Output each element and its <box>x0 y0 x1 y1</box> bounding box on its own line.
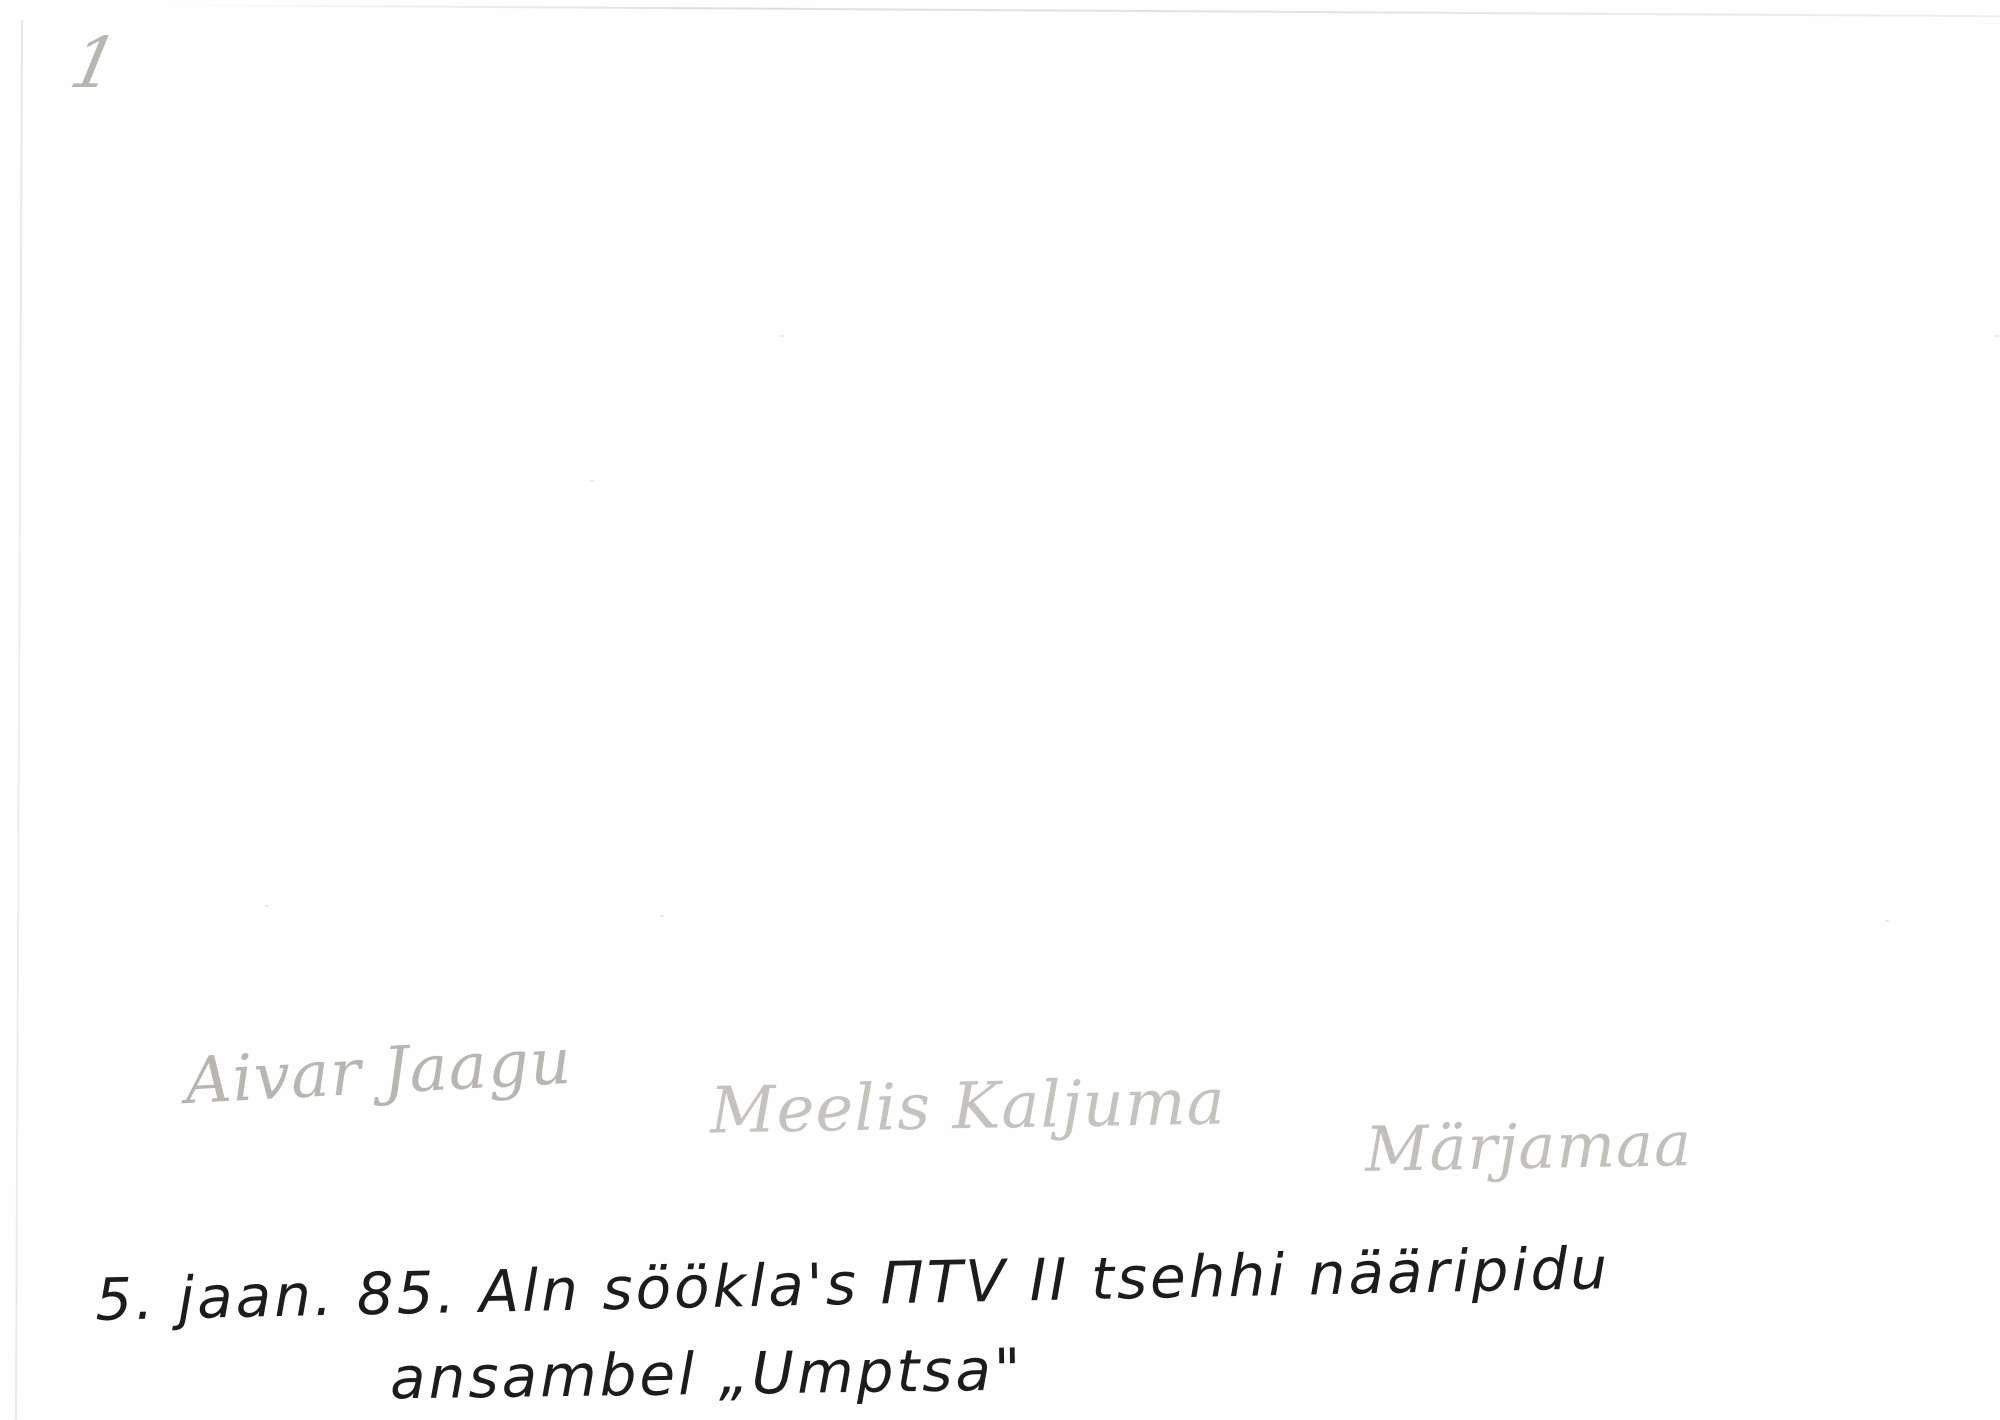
paper-left-edge <box>15 20 23 1420</box>
paper-speck <box>265 905 269 907</box>
paper-speck <box>1995 335 1999 337</box>
pencil-name-aivar-jaagu: Aivar Jaagu <box>183 1025 573 1119</box>
pencil-name-meelis-kaljuma: Meelis Kaljuma <box>709 1066 1226 1149</box>
ink-caption-line-2: ansambel „Umptsa" <box>390 1336 1024 1413</box>
paper-speck <box>1885 920 1889 922</box>
paper-speck <box>780 335 784 337</box>
pencil-place-marjamaa: Märjamaa <box>1364 1107 1692 1186</box>
photo-back-paper: 1 Aivar Jaagu Meelis Kaljuma Märjamaa 5.… <box>0 0 2000 1420</box>
paper-speck <box>660 915 664 917</box>
page-number-mark: 1 <box>63 22 126 104</box>
paper-top-edge <box>160 4 2000 17</box>
ink-caption-line-1: 5. jaan. 85. Aln söökla's ПТV II tsehhi … <box>94 1234 1610 1334</box>
paper-speck <box>590 480 594 482</box>
